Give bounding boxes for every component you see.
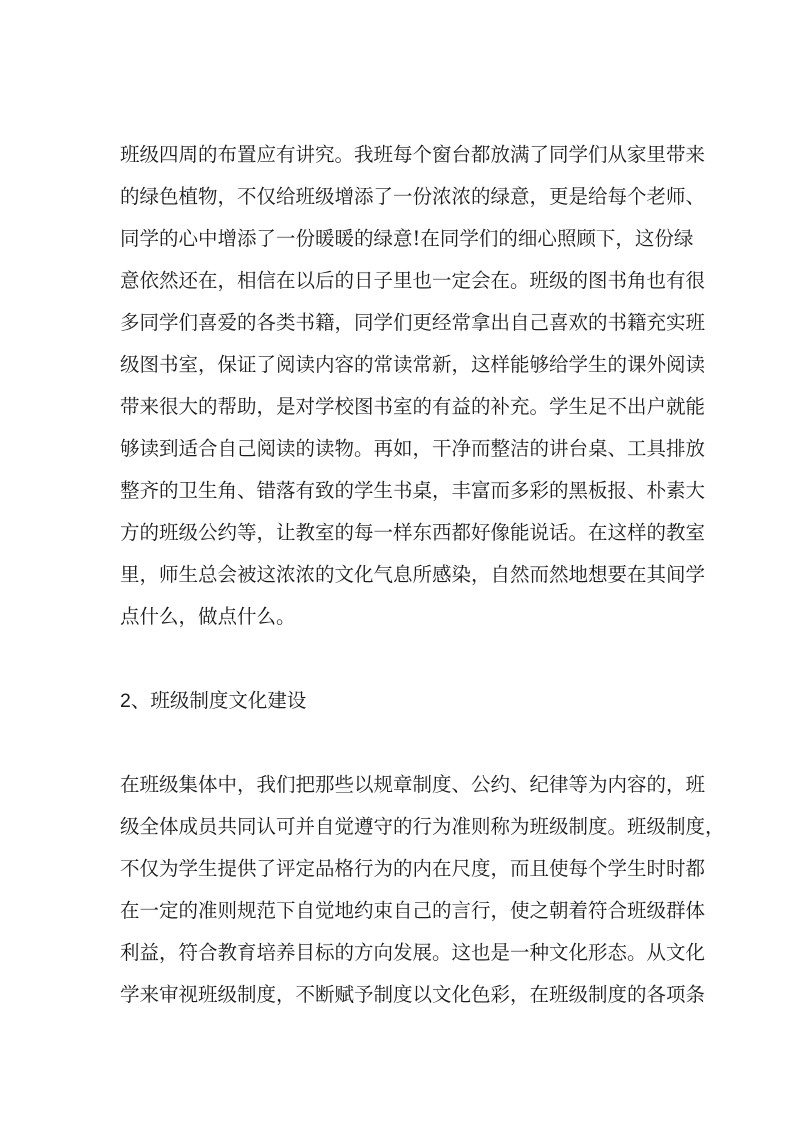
text-line: 的绿色植物，不仅给班级增添了一份浓浓的绿意，更是给每个老师、 — [120, 176, 673, 218]
text-line: 同学的心中增添了一份暖暖的绿意!在同学们的细心照顾下，这份绿 — [120, 218, 673, 260]
section-heading: 2、班级制度文化建设 — [120, 680, 673, 722]
text-line: 意依然还在，相信在以后的日子里也一定会在。班级的图书角也有很 — [120, 260, 673, 302]
text-line: 利益，符合教育培养目标的方向发展。这也是一种文化形态。从文化 — [120, 932, 673, 974]
text-line: 不仅为学生提供了评定品格行为的内在尺度，而且使每个学生时时都 — [120, 848, 673, 890]
text-line: 级图书室，保证了阅读内容的常读常新，这样能够给学生的课外阅读 — [120, 344, 673, 386]
section-separator: 、 — [131, 689, 151, 712]
text-line: 在一定的准则规范下自觉地约束自己的言行，使之朝着符合班级群体 — [120, 890, 673, 932]
text-line: 里，师生总会被这浓浓的文化气息所感染，自然而然地想要在其间学 — [120, 554, 673, 596]
paragraph-classroom-layout: 班级四周的布置应有讲究。我班每个窗台都放满了同学们从家里带来 的绿色植物，不仅给… — [120, 134, 673, 638]
text-line: 方的班级公约等，让教室的每一样东西都好像能说话。在这样的教室 — [120, 512, 673, 554]
text-line: 点什么，做点什么。 — [120, 596, 673, 638]
section-title: 班级制度文化建设 — [150, 689, 306, 712]
text-line: 在班级集体中，我们把那些以规章制度、公约、纪律等为内容的，班 — [120, 764, 673, 806]
text-line: 班级四周的布置应有讲究。我班每个窗台都放满了同学们从家里带来 — [120, 134, 673, 176]
text-line: 整齐的卫生角、错落有致的学生书桌，丰富而多彩的黑板报、朴素大 — [120, 470, 673, 512]
document-page: 班级四周的布置应有讲究。我班每个窗台都放满了同学们从家里带来 的绿色植物，不仅给… — [120, 134, 673, 1016]
paragraph-spacer — [120, 638, 673, 680]
text-line: 多同学们喜爱的各类书籍，同学们更经常拿出自己喜欢的书籍充实班 — [120, 302, 673, 344]
text-line: 级全体成员共同认可并自觉遵守的行为准则称为班级制度。班级制度， — [120, 806, 673, 848]
paragraph-spacer — [120, 722, 673, 764]
section-number: 2 — [120, 690, 131, 712]
text-line: 带来很大的帮助，是对学校图书室的有益的补充。学生足不出户就能 — [120, 386, 673, 428]
text-line: 学来审视班级制度，不断赋予制度以文化色彩，在班级制度的各项条 — [120, 974, 673, 1016]
text-line: 够读到适合自己阅读的读物。再如，干净而整洁的讲台桌、工具排放 — [120, 428, 673, 470]
paragraph-class-rules: 在班级集体中，我们把那些以规章制度、公约、纪律等为内容的，班 级全体成员共同认可… — [120, 764, 673, 1016]
